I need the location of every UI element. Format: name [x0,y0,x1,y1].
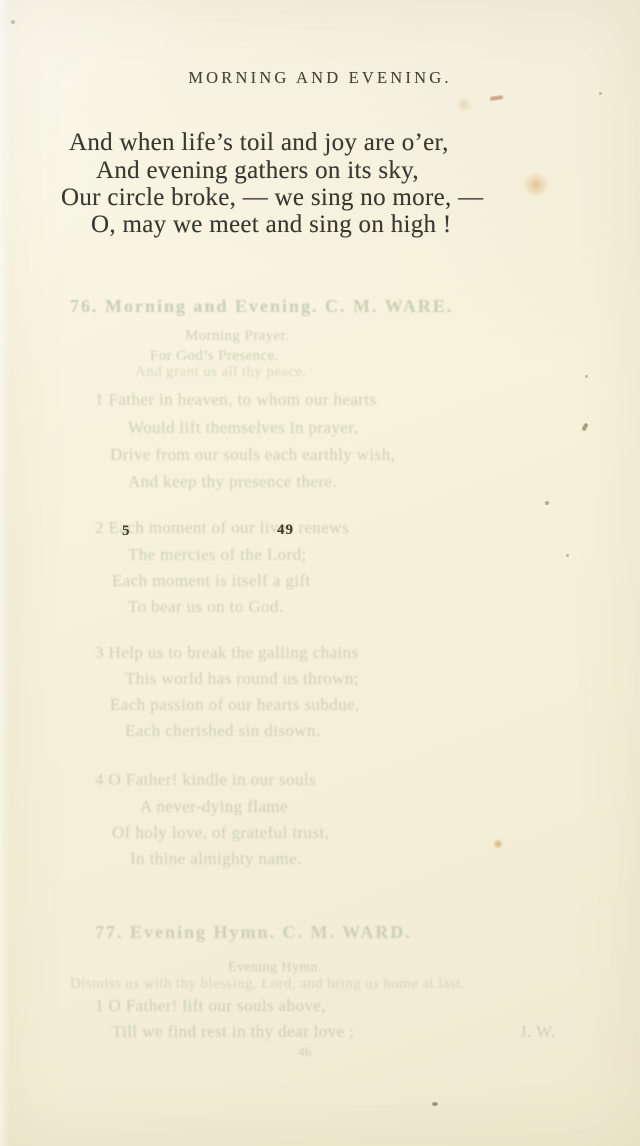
bleedthrough-line: Each moment is itself a gift [112,571,311,591]
foxing-stain [493,839,503,849]
foxing-stain [432,1102,438,1106]
bleedthrough-line: 76. Morning and Evening. C. M. WARE. [70,296,453,317]
bleedthrough-line: 2 Each moment of our lives renews [95,518,349,538]
running-header: MORNING AND EVENING. [0,68,640,88]
stanza-line: Our circle broke, — we sing no more, — [61,184,483,212]
foxing-stain [522,172,550,197]
bleedthrough-line: 4 O Father! kindle in our souls [95,770,316,790]
bleedthrough-line: And keep thy presence there. [128,472,337,492]
bleedthrough-line: Till we find rest in thy dear love ; [112,1022,354,1042]
foxing-stain [585,375,588,378]
bleedthrough-line: 3 Help us to break the galling chains [95,643,359,663]
bleedthrough-line: For God’s Presence. [150,348,279,365]
page-number-left: 5 [122,523,130,540]
bleedthrough-line: J. W. [520,1022,556,1042]
bleedthrough-line: To bear us on to God. [128,597,283,617]
bleedthrough-line: Morning Prayer. [185,328,289,345]
foxing-stain [455,98,473,111]
bleedthrough-line: Evening Hymn. [228,960,322,976]
bleedthrough-line: 1 O Father! lift our souls above, [95,996,326,1016]
page-number-right: 49 [277,522,294,539]
bleedthrough-line: And grant us all thy peace. [135,364,307,381]
scanned-book-page: 76. Morning and Evening. C. M. WARE. Mor… [0,0,640,1146]
bleedthrough-line: Each cherished sin disown. [125,721,320,741]
stanza-line: And evening gathers on its sky, [96,157,419,185]
bleedthrough-line: A never-dying flame [140,797,288,817]
bleedthrough-line: 1 Father in heaven, to whom our hearts [95,390,376,410]
bleedthrough-line: 77. Evening Hymn. C. M. WARD. [95,922,412,943]
bleedthrough-line: Drive from our souls each earthly wish, [110,445,395,465]
bleedthrough-line: Each passion of our hearts subdue, [110,695,360,715]
stanza-line: O, may we meet and sing on high ! [91,211,452,239]
bleedthrough-line: Dismiss us with thy blessing, Lord, and … [70,976,465,993]
bleedthrough-line: Would lift themselves in prayer, [128,418,358,438]
bleedthrough-line: This world has round us thrown; [125,669,359,689]
foxing-stain [545,501,549,505]
foxing-stain [566,554,569,557]
bleedthrough-line: In thine almighty name. [130,849,302,869]
foxing-stain [599,92,602,95]
foxing-stain [490,95,503,101]
foxing-stain [581,423,588,432]
bleedthrough-line: Of holy love, of grateful trust, [112,823,329,843]
bleedthrough-line: The mercies of the Lord; [128,545,307,565]
bleedthrough-line: 46 [298,1044,312,1060]
page-edge-highlight [0,0,10,1146]
stanza-line: And when life’s toil and joy are o’er, [69,129,449,157]
foxing-stain [11,20,15,24]
